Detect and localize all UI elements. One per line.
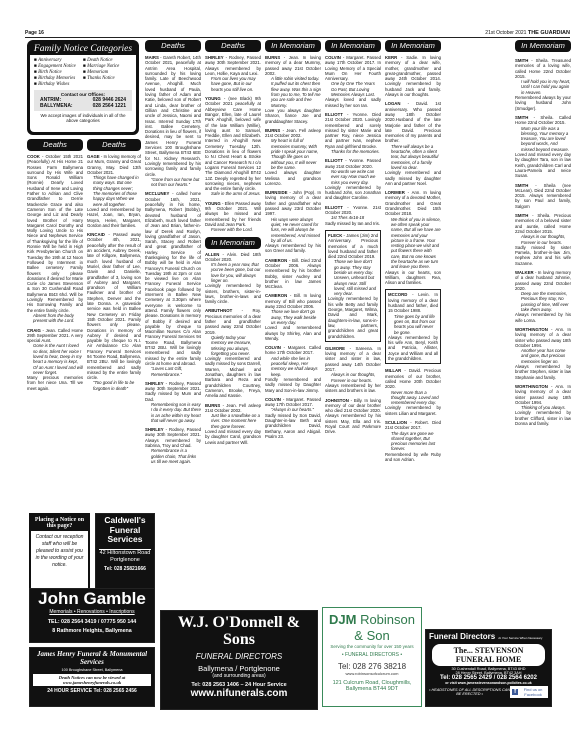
section-header: In Memoriam xyxy=(515,40,571,52)
notice: GILMORE - Sareena. In loving memory of a… xyxy=(325,346,381,394)
category-item: Anniversary xyxy=(34,58,83,63)
notice-signoff: Many precious memories from her niece Un… xyxy=(27,375,83,391)
robinson-web[interactable]: www.robinsonsofculcrum.com xyxy=(323,671,421,676)
notice-signoff: Always loved and sadly missed by her son… xyxy=(325,97,381,108)
notice-verse: Thanks for the memories. xyxy=(325,149,381,154)
notice-verse: Forever with the Lord. xyxy=(205,227,261,232)
notice-verse: And while she lies in peaceful sleep, He… xyxy=(265,356,321,377)
notice-name: SHIRLEY xyxy=(205,55,224,60)
notice: ARBUTHNOT - Roy. Precious memories of a … xyxy=(205,308,261,398)
category-item: Birthday Wishes xyxy=(34,82,83,87)
notice: SMITH - Sheila. Treasured memories of a … xyxy=(515,58,571,111)
notice-name: ARBUTHNOT xyxy=(205,308,232,313)
notice-verse: My heart is full of memories mummy, With… xyxy=(265,138,321,170)
notice-text: - called home October 16th, 2021, peacef… xyxy=(145,191,201,366)
section-header: In Memoriam xyxy=(385,40,441,52)
notice: COLVIN - Margaret. Passed away 17th Octo… xyxy=(265,397,321,439)
gamble-tel[interactable]: TEL: 028 2564 3419 / 07775 950 144 xyxy=(30,619,154,625)
notice-name: GILMORE xyxy=(325,346,345,351)
notice: ELLIOTT - Yvonne. Passed away 21st Octob… xyxy=(325,158,381,200)
category-item: Memoriam xyxy=(83,70,132,75)
notice-signoff: Lovingly remembered by sisters Lilian an… xyxy=(385,405,441,416)
notice-text: - Passed away October 4th, 2021, peacefu… xyxy=(87,232,141,380)
notice-name: YOUNG xyxy=(205,96,221,101)
robinson-name: Robinson & Son xyxy=(354,612,415,643)
odonnell-web[interactable]: www.nifunerals.com xyxy=(161,688,317,699)
gamble-name: John Gamble xyxy=(30,589,154,609)
notice-verse: Always in our thoughts, Forever in our h… xyxy=(325,372,381,383)
placing-body: Contact our reception staff who will be … xyxy=(31,531,88,572)
notice-name: ELLIOTT xyxy=(325,112,343,117)
notice-signoff: Lovingly remembered by husband John, son… xyxy=(325,185,381,201)
notice-verse: "Always in our hearts." xyxy=(265,407,321,412)
notice: SCULLION - Robert. Died 21st October 201… xyxy=(385,420,441,462)
section-header: In Memoriam xyxy=(325,40,381,52)
column-memoriam-7: In Memoriam KERR - Sadie. In loving memo… xyxy=(385,40,441,466)
notice-name: WORTHINGTON xyxy=(515,327,548,332)
category-item: Thanks Notice xyxy=(83,76,132,81)
notice: JOHNSTON - Billy. In loving memory of ou… xyxy=(325,398,381,435)
notice-signoff: Always remembered by his son Greer and f… xyxy=(265,243,321,254)
notice-name: COLVIN xyxy=(325,55,341,60)
notice-signoff: Sadly missed by Ian and Iris. xyxy=(325,221,381,226)
notice-name: CAMERON xyxy=(265,258,287,263)
notice-verse: No words we write can ever say How much … xyxy=(325,169,381,185)
notice-verse: Just like a snowflake on a river. One mo… xyxy=(205,413,261,429)
notice-name: SMITH xyxy=(515,115,528,120)
notice-name: FLECK xyxy=(328,233,342,238)
notice: ELLIOTT - Yvonne. Died 21st October 2020… xyxy=(325,112,381,154)
notice: SHIRLEY - Rodney, Passed away 30th Septe… xyxy=(205,55,261,92)
notice-verse: Quietly today your memory we treasure, M… xyxy=(205,335,261,356)
notice: SMITH - Sheila. Called Home 22nd October… xyxy=(515,115,571,179)
notice-name: JOHNSTON xyxy=(325,398,349,403)
notice-signoff: Loved and missed every day by daughter C… xyxy=(205,429,261,445)
notice-signoff: Always remembered by brother Stephen, si… xyxy=(515,364,571,380)
odonnell-ad: W.J. O'Donnell & Sons FUNERAL DIRECTORS … xyxy=(160,610,318,710)
notice: LORIMER - Ann. In loving memory of a dev… xyxy=(385,190,441,285)
notice-signoff: Loved and remembered always by Shirley, … xyxy=(265,325,321,341)
jameshenry-address: 100 Broughshane Street, Ballymena xyxy=(30,668,154,672)
page-date: 21st October 2021 THE GUARDIAN xyxy=(485,30,570,36)
office-tel: 028 2564 1221 xyxy=(93,103,126,109)
robinson-ad: DJM Robinson & Son Serving the community… xyxy=(322,607,422,707)
jameshenry-tel[interactable]: 24 HOUR SERVICE Tel: 028 2565 2456 xyxy=(30,688,154,694)
notice-name: COLVIN xyxy=(265,345,281,350)
notice-name: SHIRLEY xyxy=(145,427,164,432)
column-memoriam-5: In Memoriam BURNS - Jean. In loving memo… xyxy=(265,40,321,443)
notice-verse: Remembrance is a golden chain, That link… xyxy=(145,448,201,464)
notice-signoff: Always remembered by his wife Lorna. xyxy=(515,312,571,323)
robinson-subtitle: Serving the community for over 150 years xyxy=(323,644,421,649)
notice-verse: Those we love don't go away. They stay b… xyxy=(328,259,378,296)
notice-signoff: Love you always daughter Sharon, fiance … xyxy=(265,108,321,124)
notice-text: - October 15th 2021 (Peacefully) At His … xyxy=(27,154,83,313)
notice-signoff: Sadly missed by Son David, Daughter-in-l… xyxy=(265,413,321,439)
notice-signoff: Lovingly remembered and sadly missed by … xyxy=(205,356,261,398)
section-header: Deaths xyxy=(145,40,201,52)
notice-verse: "Too good in life to be forgotten in dea… xyxy=(87,380,141,391)
notice-name: MAIRS xyxy=(145,55,159,60)
placing-notice-ad: Placing a Notice on this page? Contact o… xyxy=(29,513,90,593)
notice-name: LOGAN xyxy=(385,101,401,106)
notice-verse: There will always be a heartache, often … xyxy=(385,144,441,170)
notice-signoff: Loved and remembered by Hazel, Joan, Ian… xyxy=(87,207,141,228)
notice: LOGAN - David. 1st anniversary. Who pass… xyxy=(385,101,441,186)
category-item: Engagement Notice xyxy=(34,64,83,69)
notice-name: WALKER xyxy=(515,270,534,275)
notice: ELLIOTT - Yvonne. 21st October 2020.1st … xyxy=(325,205,381,226)
notice-name: KERR xyxy=(385,55,397,60)
notice-signoff: Lovingly remembered by sisters, brothers… xyxy=(205,283,261,304)
notice-signoff: Always remembered by his wife Ann, Beryl… xyxy=(388,335,438,361)
caldwell-address: 42 Hiltonstown Road Portglenone xyxy=(99,549,151,564)
caldwell-tel[interactable]: Tel: 028 25821666 xyxy=(96,566,154,572)
column-deaths-2: Deaths GAGE - In loving memory of our Mu… xyxy=(87,139,141,395)
robinson-tag: • FUNERAL DIRECTORS • xyxy=(323,652,421,658)
stevenson-tagline: At Your Service When Necessary xyxy=(498,636,542,640)
notice: SHIRLEY - Rodney, Passed away 30th Septe… xyxy=(145,381,201,423)
notice-name: SHIRLEY xyxy=(145,381,164,386)
paper-name: THE GUARDIAN xyxy=(528,30,570,36)
notice: COLVIN - Margaret. Passed away 17th Octo… xyxy=(325,55,381,108)
notice-verse: Mum your life was a blessing, Your memor… xyxy=(515,126,571,152)
notice-verse: Time goes by and life goes on, But from … xyxy=(388,314,438,335)
category-item: Birthday Memories xyxy=(34,76,83,81)
category-item: Birth Notice xyxy=(34,70,83,75)
notice-signoff: Fondly remembered and sadly missed by Da… xyxy=(265,377,321,393)
notice: BURNS - Jean. Fell asleep 21st October 2… xyxy=(205,403,261,445)
facebook-label: Find us on Facebook xyxy=(520,687,546,697)
notice-verse: It's been a year now, that you've been g… xyxy=(205,262,261,283)
notice-signoff: Loved always daughter Melissa and grands… xyxy=(265,170,321,186)
notice-verse: Absent from the body present with the Lo… xyxy=(27,313,83,324)
notice-name: ELLIOTT xyxy=(325,158,343,163)
notice: BURNSIDE - John (Pop). In loving memory … xyxy=(265,190,321,254)
contact-offices: Contact our Offices: ANTRIM:028 9446 262… xyxy=(34,90,132,111)
notice: SMITH - Sheila (nee McLean). Died 22nd O… xyxy=(515,183,571,209)
notice-verse: I will hold you in my heart, Until I can… xyxy=(515,79,571,95)
images-note: We accept images of individuals in all o… xyxy=(34,113,132,123)
section-header: Deaths xyxy=(87,139,141,151)
notice-verse: Things have changed in many ways. But on… xyxy=(87,175,141,207)
notice-name: BURNSIDE xyxy=(265,190,287,195)
notice-verse: A little robin visited today. It puffed … xyxy=(265,76,321,108)
category-list: Anniversary Death Notice Engagement Noti… xyxy=(34,58,132,87)
column-memoriam-6: In Memoriam COLVIN - Margaret. Passed aw… xyxy=(325,40,381,439)
notice-verse: One by One The Years Go Past, But Loving… xyxy=(325,81,381,97)
odonnell-subtitle: FUNERAL DIRECTORS xyxy=(161,652,317,661)
notice-signoff: Lovingly remembered by his wife Betty an… xyxy=(328,296,378,338)
stevenson-note: • HEADSTONES OF ALL DESCRIPTIONS CAN BE … xyxy=(429,688,510,696)
notice-signoff: Sadly missed by sister Pamela, brother-i… xyxy=(515,245,571,266)
notice-signoff: Loved and missed every day by daughter T… xyxy=(515,152,571,178)
notice-name: BURNS xyxy=(205,403,220,408)
notice: GAGE - In loving memory of our Mum, Gran… xyxy=(87,154,141,228)
category-item: Death Notice xyxy=(83,58,132,63)
notice: SMITH - Sheila. Precious memories of a b… xyxy=(515,213,571,266)
notice: KINCAID - Passed away October 4th, 2021,… xyxy=(87,232,141,391)
notice-name: BURNS xyxy=(265,55,280,60)
odonnell-area: Ballymena / Portglenone xyxy=(161,664,317,673)
family-notice-categories: Family Notice Categories Anniversary Dea… xyxy=(27,40,139,135)
odonnell-area-note: (and surrounding areas) xyxy=(161,673,317,679)
notice-verse: Remembering son is easy I do it every da… xyxy=(145,402,201,423)
stevenson-ad: Funeral DirectorsAt Your Service When Ne… xyxy=(425,629,552,707)
section-header: In Memoriam xyxy=(265,40,321,52)
column-deaths-3: Deaths MAIRS - Gareth Robert, 14th Octob… xyxy=(145,40,201,468)
column-memoriam-8: In Memoriam xyxy=(446,40,571,55)
office-name: BALLYMENA: xyxy=(40,103,73,109)
notice-verse: Deep are the memories, Precious they sta… xyxy=(515,291,571,312)
notice-name: SMITH xyxy=(515,183,528,188)
categories-title: Family Notice Categories xyxy=(30,43,136,55)
facebook-icon: f xyxy=(512,689,518,695)
notice-name: ELLIOTT xyxy=(325,205,343,210)
notice-name: KINCAID xyxy=(87,232,105,237)
djm-logo: DJM xyxy=(329,612,356,627)
gamble-address: 8 Rathmore Heights, Ballymena xyxy=(30,628,154,634)
notice-name: WORTHINGTON xyxy=(515,384,548,389)
notice: BURNS - Jean. In loving memory of a dear… xyxy=(265,55,321,124)
notice-signoff: Lovingly remembered by brother Clifford,… xyxy=(515,410,571,426)
notice: COLVIN - Margaret. Called home 17th Octo… xyxy=(265,345,321,393)
robinson-address: 121 Culcrum Road, Cloughmills, Ballymena… xyxy=(323,680,421,692)
caldwell-name: Caldwell's Funeral Services xyxy=(96,514,154,547)
notice-name: CAMERON xyxy=(265,293,287,298)
notice-text: - Sadie. In loving memory of a dear wife… xyxy=(385,55,441,97)
notice-verse: We think of you in silence, we often spe… xyxy=(385,217,441,270)
notice-signoff: Always remembered by her sisters and bro… xyxy=(325,383,381,394)
notice-text: - Gareth Robert, 14th October 2021, peac… xyxy=(145,55,201,177)
notice: KERR - Sadie. In loving memory of a dear… xyxy=(385,55,441,97)
john-gamble-ad: John Gamble Memorials • Renovations • In… xyxy=(29,588,155,643)
notice-name: SCULLION xyxy=(385,420,407,425)
notice-verse: Another year has come and gone, But prec… xyxy=(515,348,571,364)
column-deaths-1: Deaths COOK - October 15th 2021 (Peacefu… xyxy=(27,139,83,395)
james-henry-ad: James Henry Funeral & Monumental Service… xyxy=(29,647,155,707)
notice-text: - Bill. Died 22nd October 2006. Always r… xyxy=(265,258,321,289)
notice-verse: Never more than a thought away. Loved an… xyxy=(385,390,441,406)
notice-name: BURNS xyxy=(265,128,280,133)
page-number: Page 16 xyxy=(25,30,44,36)
notice-signoff: Remembered always by your loving husband… xyxy=(515,95,571,111)
notice-text: - (nee Black) 9th October 2021 peacefull… xyxy=(205,96,261,191)
stevenson-head: Funeral Directors xyxy=(429,632,495,641)
section-header: In Memoriam xyxy=(205,237,261,249)
boxed-notice: FLECK - James (Jim) 2nd Anniversary. Pre… xyxy=(325,230,381,342)
notice-verse: "Gone from our home but not from our hea… xyxy=(145,177,201,188)
notice-verse: Those we love don't go away, They walk b… xyxy=(265,309,321,325)
notice-name: COLVIN xyxy=(265,397,281,402)
notice: BURNS - Jean. Fell asleep 21st October 2… xyxy=(265,128,321,186)
notice: WORTHINGTON - Ann. In loving memory of a… xyxy=(515,327,571,380)
notice: CAMERON - Bill. Died 22nd October 2006. … xyxy=(265,258,321,290)
notice: MAIRS - Gareth Robert, 14th October 2021… xyxy=(145,55,201,187)
notice-text: - Billy. In loving memory of our dear br… xyxy=(325,398,381,435)
notice-verse: Gone is the Aunt I loved so dear, Silent… xyxy=(27,343,83,375)
notice: COOK - October 15th 2021 (Peacefully) At… xyxy=(27,154,83,324)
notice: CAMERON - Bill. In loving memory of Bill… xyxy=(265,293,321,341)
notice: ALLEN - Alvin. Died 18th October 2020.It… xyxy=(205,252,261,305)
column-deaths-4: Deaths SHIRLEY - Rodney, Passed away 30t… xyxy=(205,40,261,449)
jameshenry-web[interactable]: Death Notices can now be viewed at www.j… xyxy=(33,674,151,686)
notice-verse: Always in our thoughts, Forever in our h… xyxy=(515,234,571,245)
notice-signoff: Remembered by wife Ruby and son Adrian. xyxy=(385,452,441,463)
section-header: Deaths xyxy=(27,139,83,151)
notice-name: MILLAR xyxy=(385,368,401,373)
notice-verse: From our lives you may have gone, But in… xyxy=(205,76,261,92)
notice-name: COOK xyxy=(27,154,40,159)
gamble-services: Memorials • Renovations • Inscriptions xyxy=(30,609,154,615)
column-memoriam-8-body: SMITH - Sheila. Treasured memories of a … xyxy=(515,58,571,430)
notice-name: SMITH xyxy=(515,58,528,63)
date-text: 21st October 2021 xyxy=(485,30,526,36)
notice-name: MCCLUNEY xyxy=(145,191,169,196)
notice: CRAIG - Jean. Called Home 29th September… xyxy=(27,328,83,392)
notice: MCCLUNEY - called home October 16th, 202… xyxy=(145,191,201,376)
category-item: Marriage Notice xyxy=(83,64,132,69)
caldwell-ad: Caldwell's Funeral Services 42 Hiltonsto… xyxy=(95,513,155,593)
placing-title: Placing a Notice on this page? xyxy=(31,515,88,531)
section-header: Deaths xyxy=(205,40,261,52)
notice-name: YOUNG xyxy=(205,201,221,206)
notice: WORTHINGTON - Ann. In loving memory of a… xyxy=(515,384,571,426)
notice: YOUNG - Ellen Passed away 9th October 20… xyxy=(205,201,261,233)
odonnell-name: W.J. O'Donnell & Sons xyxy=(161,611,317,648)
notice-verse: "Loves Last Gift, Remembrance." xyxy=(145,366,201,377)
notice-name: MCCORD xyxy=(388,292,407,297)
notice: WALKER - In loving memory of a dear husb… xyxy=(515,270,571,323)
robinson-tel[interactable]: Tel: 028 276 38218 xyxy=(323,662,421,671)
boxed-notice: MCCORD - Levin. In loving memory of a de… xyxy=(385,289,441,364)
notice-verse: The days are gone we shared together, Bu… xyxy=(385,431,441,452)
notice-name: CRAIG xyxy=(27,328,41,333)
notice-name: LORIMER xyxy=(385,190,405,195)
facebook-link[interactable]: fFind us on Facebook xyxy=(510,686,548,698)
notice-signoff: Lovingly remembered and sadly missed by … xyxy=(385,170,441,186)
jameshenry-name: James Henry Funeral & Monumental Service… xyxy=(30,648,154,668)
notice-text: - David. 1st anniversary. Who passed awa… xyxy=(385,101,441,143)
notice-name: ALLEN xyxy=(205,252,219,257)
notice-signoff: Always in our hearts, son William, daugh… xyxy=(385,270,441,286)
notice-verse: His ways were always quiet, He never car… xyxy=(265,217,321,243)
stevenson-name: The... STEVENSON FUNERAL HOME xyxy=(432,644,545,666)
notice: SHIRLEY - Rodney, Passed away 30th Septe… xyxy=(145,427,201,464)
notice-text: - Yvonne. Died 21st October 2020. Loving… xyxy=(325,112,381,149)
page-header: Page 16 21st October 2021 THE GUARDIAN xyxy=(25,28,570,38)
notice-name: GAGE xyxy=(87,154,100,159)
notice: YOUNG - (nee Black) 9th October 2021 pea… xyxy=(205,96,261,197)
notice-verse: Safe in the arms of Jesus. xyxy=(205,191,261,196)
notice-name: SMITH xyxy=(515,213,528,218)
notice: MILLAR - David. Precious memories of our… xyxy=(385,368,441,416)
